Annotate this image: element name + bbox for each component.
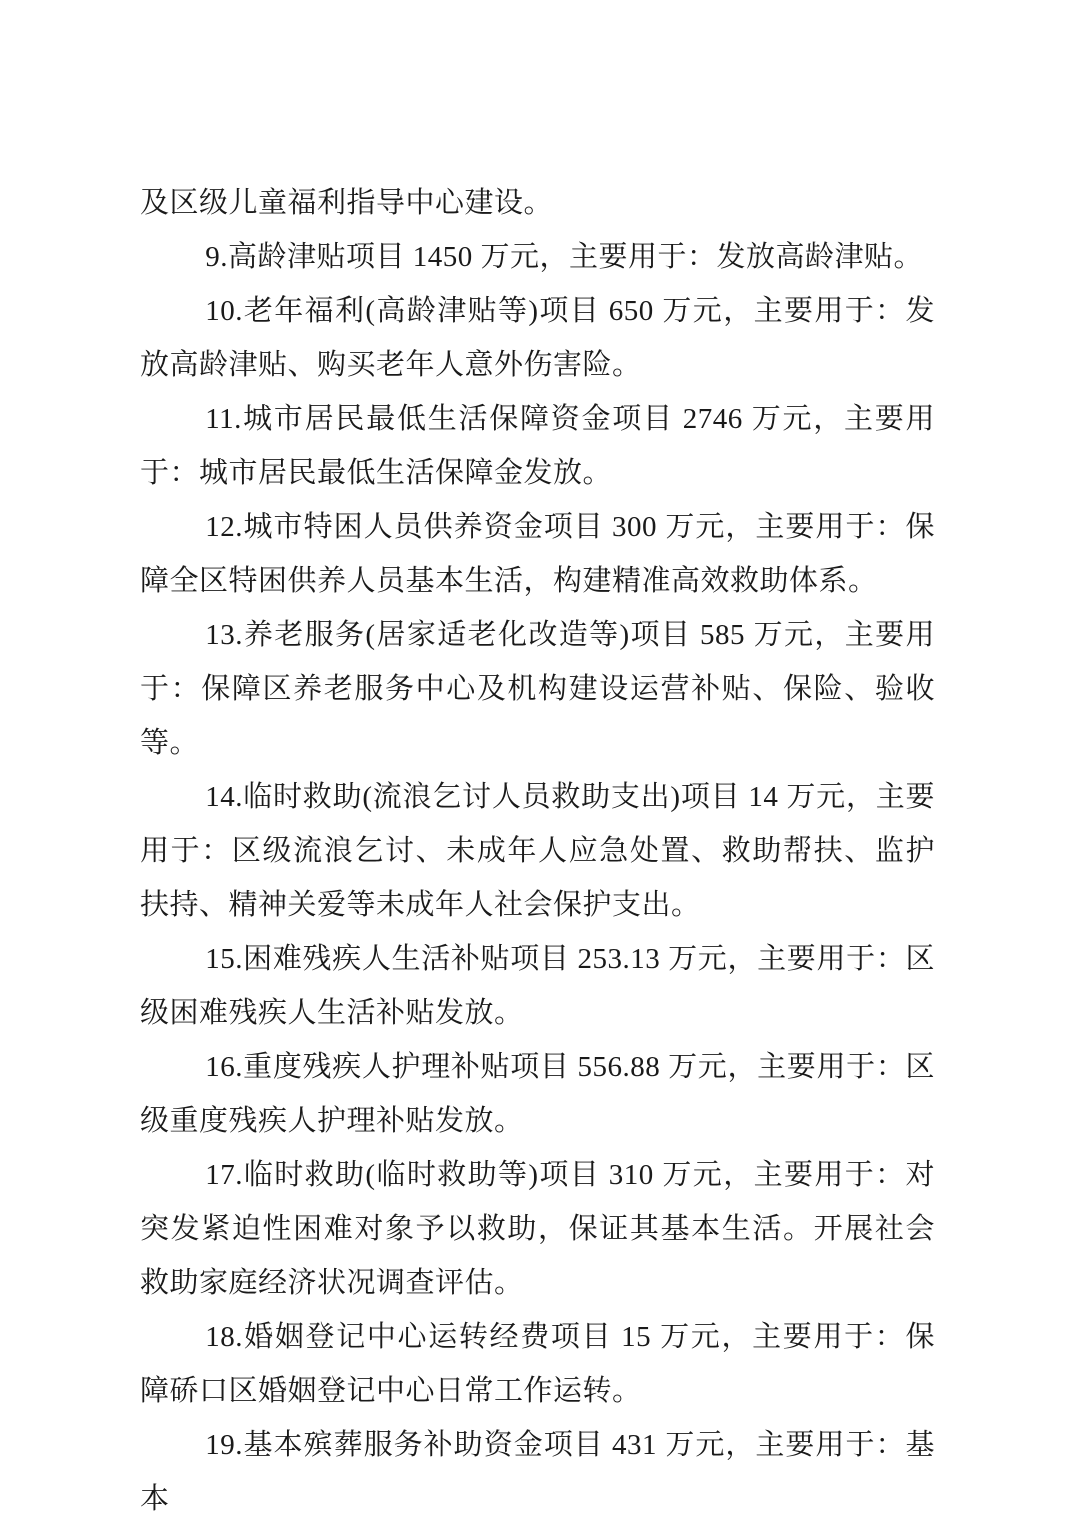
- document-body: 及区级儿童福利指导中心建设。9.高龄津贴项目 1450 万元，主要用于：发放高龄…: [140, 176, 935, 1520]
- paragraph: 16.重度残疾人护理补贴项目 556.88 万元，主要用于：区级重度残疾人护理补…: [140, 1040, 935, 1148]
- paragraph: 13.养老服务(居家适老化改造等)项目 585 万元，主要用于：保障区养老服务中…: [140, 608, 935, 770]
- paragraph: 14.临时救助(流浪乞讨人员救助支出)项目 14 万元，主要用于：区级流浪乞讨、…: [140, 770, 935, 932]
- document-page: 及区级儿童福利指导中心建设。9.高龄津贴项目 1450 万元，主要用于：发放高龄…: [0, 0, 1074, 1520]
- paragraph: 及区级儿童福利指导中心建设。: [140, 176, 935, 230]
- paragraph: 10.老年福利(高龄津贴等)项目 650 万元，主要用于：发放高龄津贴、购买老年…: [140, 284, 935, 392]
- paragraph: 11.城市居民最低生活保障资金项目 2746 万元，主要用于：城市居民最低生活保…: [140, 392, 935, 500]
- paragraph: 12.城市特困人员供养资金项目 300 万元，主要用于：保障全区特困供养人员基本…: [140, 500, 935, 608]
- paragraph: 17.临时救助(临时救助等)项目 310 万元，主要用于：对突发紧迫性困难对象予…: [140, 1148, 935, 1310]
- paragraph: 9.高龄津贴项目 1450 万元，主要用于：发放高龄津贴。: [140, 230, 935, 284]
- paragraph: 15.困难残疾人生活补贴项目 253.13 万元，主要用于：区级困难残疾人生活补…: [140, 932, 935, 1040]
- paragraph: 19.基本殡葬服务补助资金项目 431 万元，主要用于：基本: [140, 1418, 935, 1520]
- paragraph: 18.婚姻登记中心运转经费项目 15 万元，主要用于：保障硚口区婚姻登记中心日常…: [140, 1310, 935, 1418]
